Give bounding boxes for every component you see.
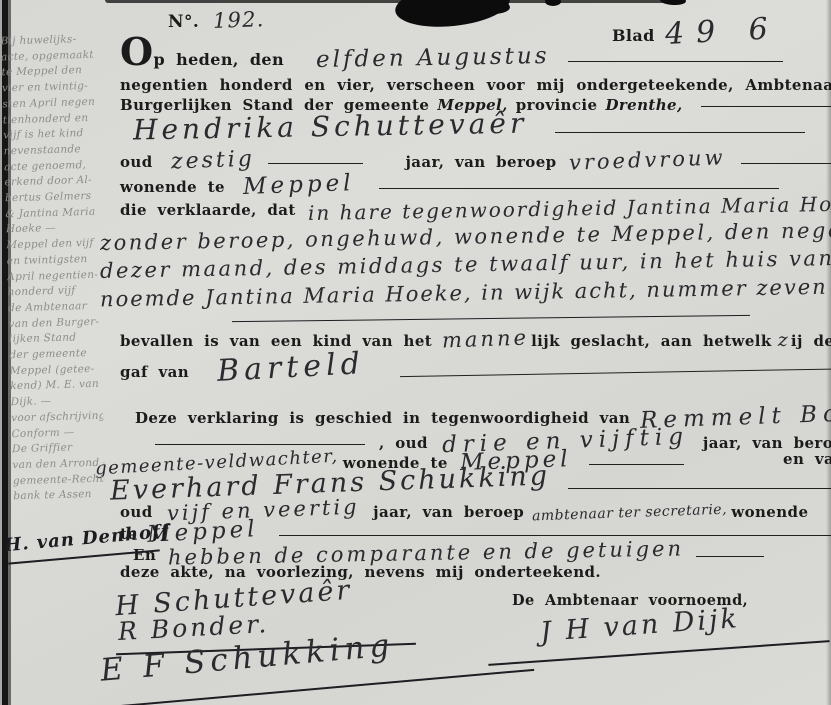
official-signature-row: J H van Dijk — [540, 610, 740, 641]
geslacht-hw: manne — [442, 325, 530, 352]
separator-line — [232, 315, 750, 322]
margin-line: voor afschrijving — [11, 409, 103, 427]
line-declarant-name: Hendrika Schuttevaêr — [133, 110, 805, 143]
die-verklaarde-label: die verklaarde, dat — [120, 201, 296, 219]
signature-van-dijk: J H van Dijk — [539, 603, 741, 648]
birth-certificate-scan: N°. 192. Blad 49 6 Op heden, den elfden … — [0, 0, 831, 705]
en-van-label: en van — [783, 450, 831, 468]
blank-rule — [279, 533, 831, 536]
line-witness-intro: Deze verklaring is geschied in tegenwoor… — [135, 403, 831, 429]
line2-text: negentien honderd en vier, verscheen voo… — [120, 76, 831, 94]
blank-rule — [589, 462, 684, 465]
blank-rule — [155, 442, 365, 445]
line-bevallen: bevallen is van een kind van het manne l… — [120, 327, 831, 351]
ink-blob — [545, 0, 561, 6]
child-name: Barteld — [216, 346, 366, 389]
oud-label: oud — [120, 153, 153, 171]
margin-line: & Jantina Maria — [5, 204, 97, 222]
blank-rule — [568, 486, 831, 489]
blank-rule — [701, 104, 831, 107]
margin-line: van den Burger- — [8, 314, 100, 332]
margin-line: April negentien- — [7, 267, 99, 285]
wonende-te-label: wonende te — [120, 178, 225, 196]
margin-signature-row: H. van Denhoff — [4, 528, 170, 549]
scan-top-edge — [105, 0, 665, 3]
declaration-line3-row: dezer maand, des middags te twaalf uur, … — [100, 252, 831, 276]
blank-rule — [555, 130, 805, 133]
dropcap-O: O — [120, 38, 154, 66]
line-verklaarde: die verklaarde, dat in hare tegenwoordig… — [120, 196, 831, 220]
line-declarant-age: oud zestig jaar, van beroep vroedvrouw — [120, 148, 831, 173]
blank-rule — [741, 161, 831, 164]
jaar-beroep-label: jaar, van beroep — [405, 153, 556, 171]
declarant-beroep: vroedvrouw — [568, 145, 725, 174]
margin-line: bank te Assen — [13, 487, 105, 505]
date-handwritten: elfden Augustus — [316, 43, 550, 73]
blank-rule — [379, 186, 779, 189]
no-value: 192. — [213, 7, 265, 33]
act-number: N°. 192. — [168, 8, 265, 32]
line-negentien: negentien honderd en vier, verscheen voo… — [120, 76, 831, 94]
line-witness2-name: Everhard Frans Schukking — [110, 468, 831, 499]
declaration-line4-row: noemde Jantina Maria Hoeke, in wijk acht… — [100, 280, 831, 304]
witness-intro-label: Deze verklaring is geschied in tegenwoor… — [135, 409, 630, 427]
bevallen-b: lijk geslacht, aan hetwelk — [531, 332, 772, 350]
hw-z: z — [778, 329, 789, 351]
declarant-age: zestig — [170, 147, 255, 175]
line-deze-akte: deze akte, na voorlezing, nevens mij ond… — [120, 563, 601, 581]
signature-underline — [488, 640, 829, 666]
op-heden-label: p heden, den — [154, 50, 285, 69]
bevallen-a: bevallen is van een kind van het — [120, 332, 432, 350]
bevallen-c: ij de — [791, 332, 831, 350]
margin-line: kend) M. E. van — [10, 377, 102, 395]
declarant-name: Hendrika Schuttevaêr — [133, 107, 528, 147]
gaf-van-label: gaf van — [120, 363, 189, 381]
no-label: N°. — [168, 12, 199, 32]
blank-rule — [268, 161, 363, 164]
line-child-name: gaf van Barteld — [120, 350, 831, 385]
margin-annotation: Bij huwelijks- acte, opgemaakt te Meppel… — [0, 32, 105, 505]
blank-rule — [696, 554, 764, 557]
signature-declarant: H Schuttevaêr — [115, 583, 352, 614]
line-en-hebben: En hebben de comparante en de getuigen — [133, 541, 764, 565]
blank-rule — [400, 366, 831, 377]
en-van-row: en van — [783, 450, 831, 468]
signature-witness1: R Bonder. — [118, 613, 269, 642]
closing-printed: deze akte, na voorlezing, nevens mij ond… — [120, 563, 601, 581]
blank-rule — [568, 59, 783, 62]
margin-line: sten April negen- — [2, 95, 94, 113]
signature-witness2: E F Schukking — [100, 640, 395, 676]
line-op-heden: Op heden, den elfden Augustus — [120, 38, 783, 71]
declaration-line2-row: zonder beroep, ongehuwd, wonende te Mepp… — [100, 224, 831, 248]
ink-blob — [660, 0, 686, 6]
margin-line: vijf is het kind — [3, 126, 95, 144]
